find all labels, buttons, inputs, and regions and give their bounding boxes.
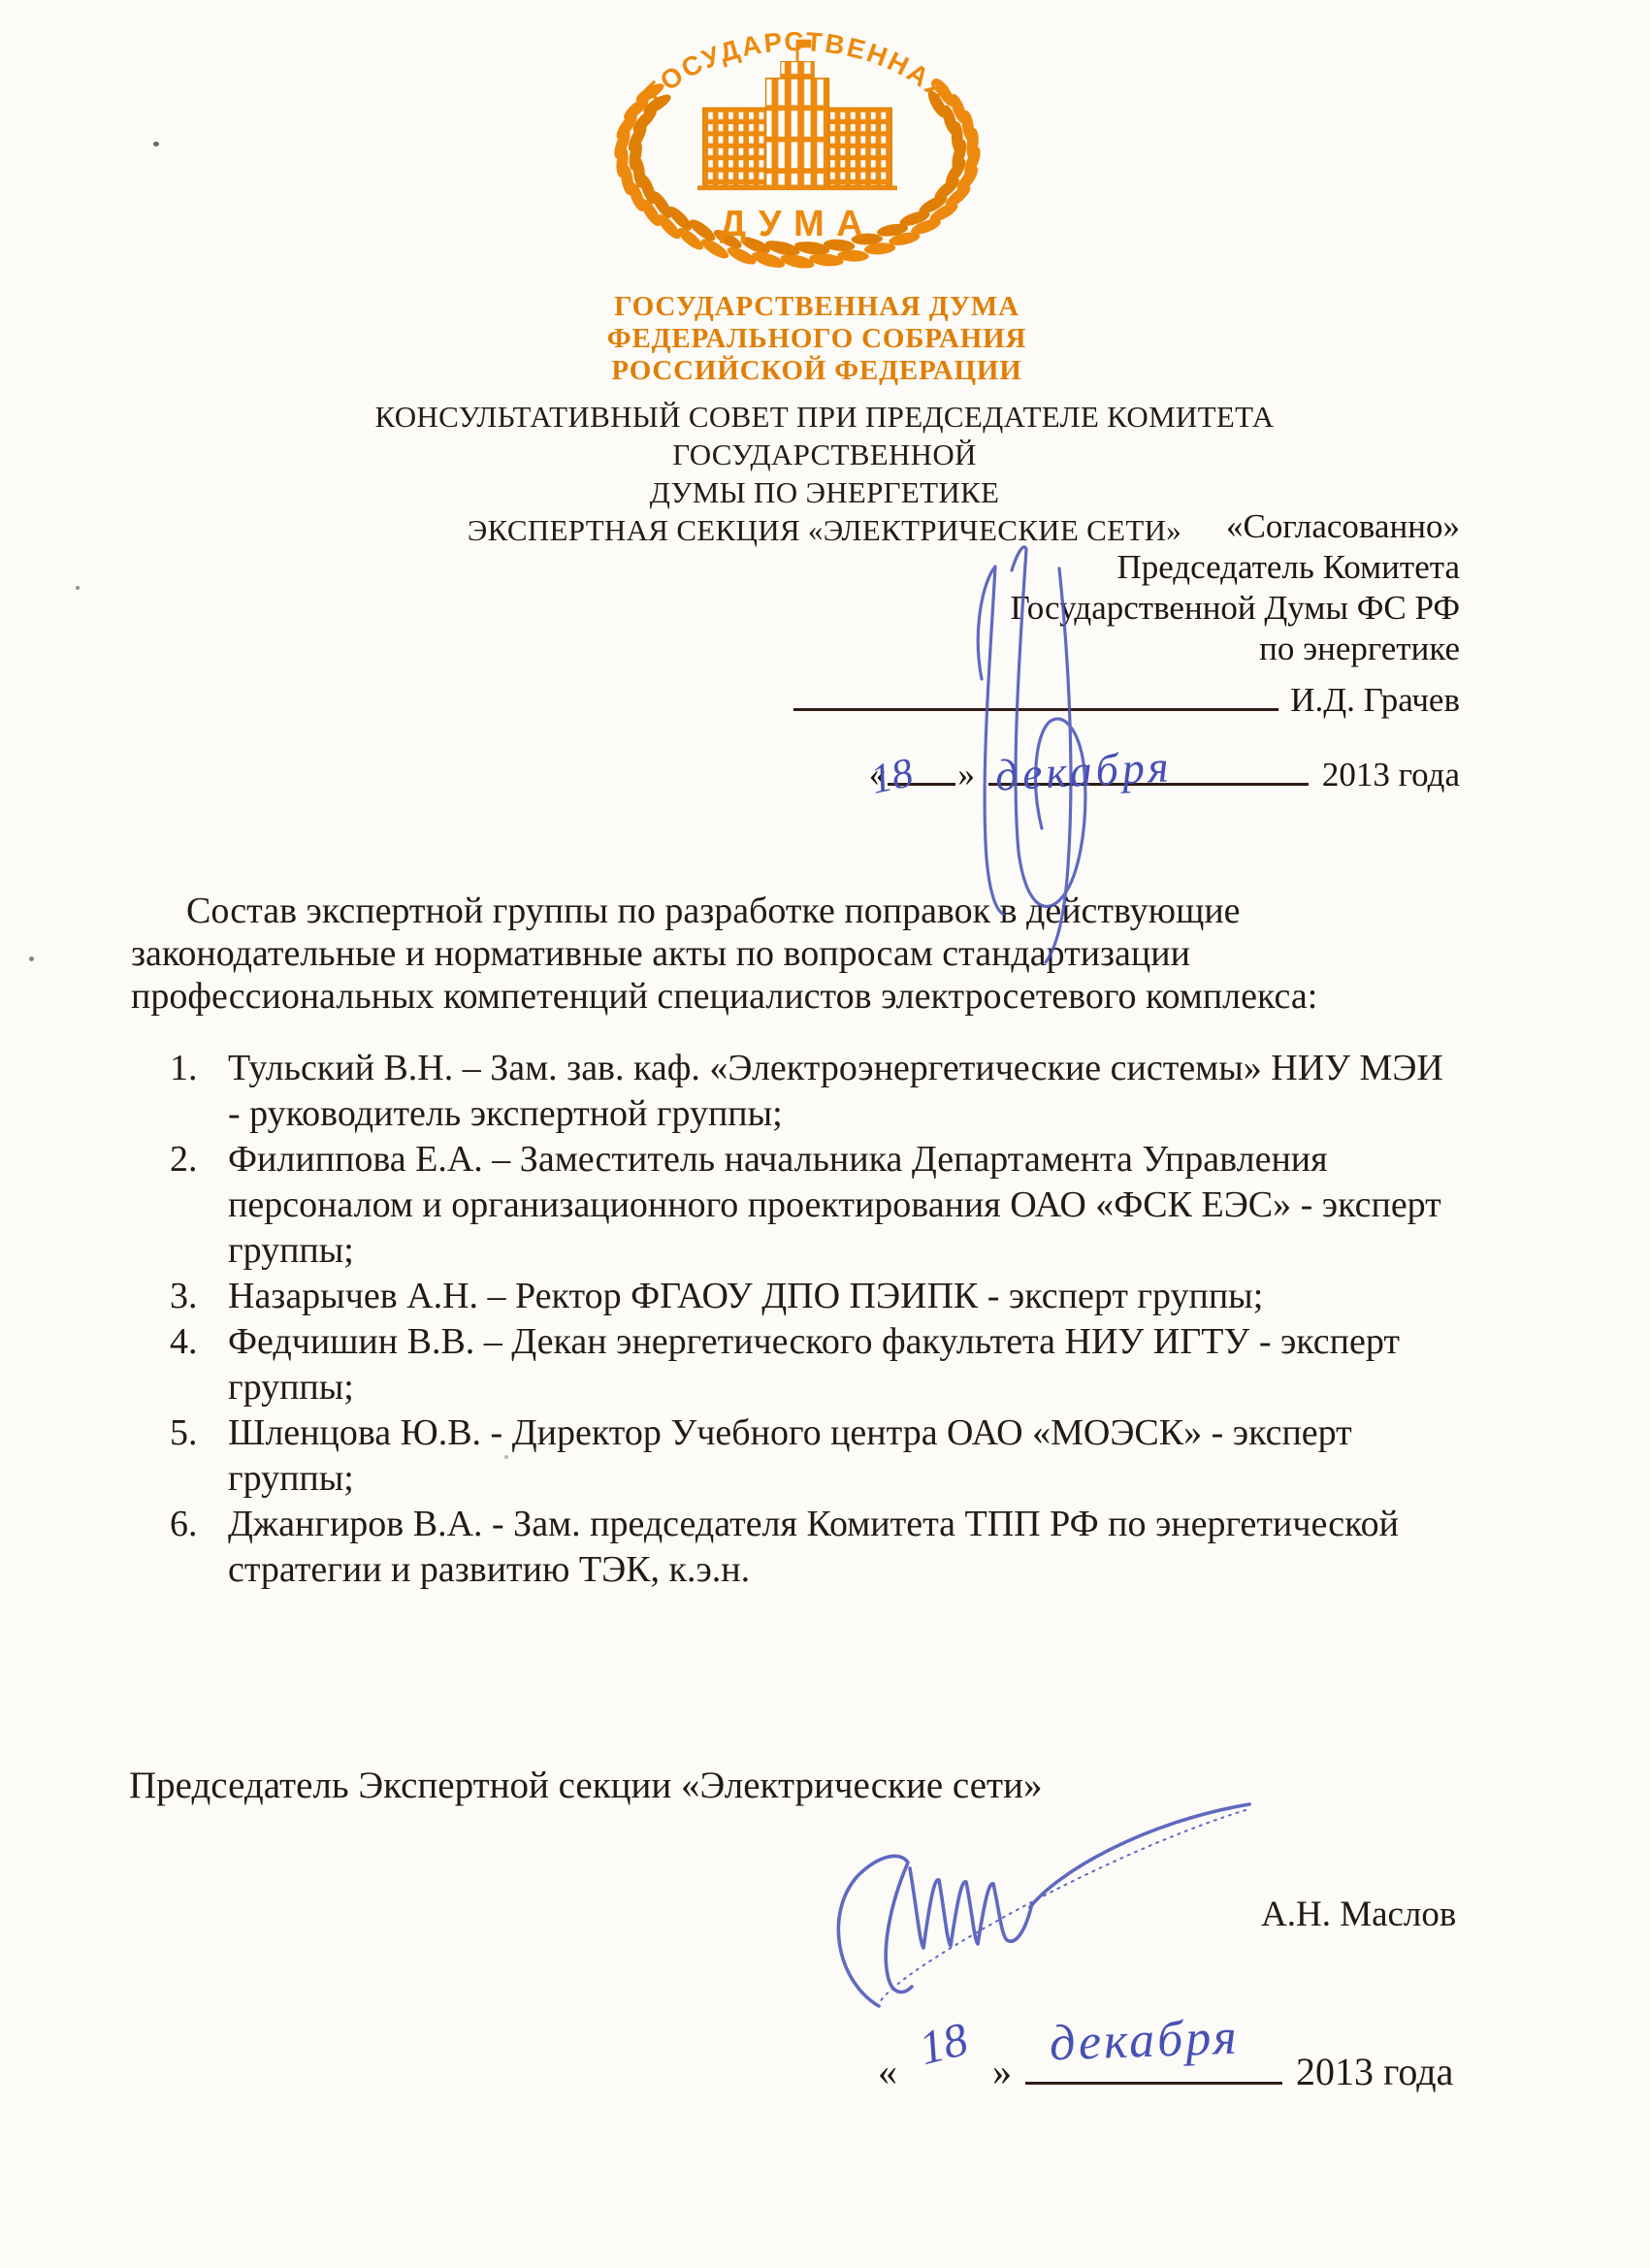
list-item: 6. Джангиров В.А. - Зам. председателя Ко… (131, 1502, 1443, 1593)
guillemet-close: » (957, 756, 975, 794)
list-item: 1. Тульский В.Н. – Зам. зав. каф. «Элект… (131, 1046, 1443, 1137)
item-number: 1. (170, 1046, 198, 1091)
item-line: группы; (228, 1228, 1443, 1274)
footer-year-text: 2013 года (1296, 2050, 1453, 2093)
approval-signatory-name: И.Д. Грачев (1290, 681, 1460, 719)
signature-line (793, 673, 1278, 711)
paragraph-line: Состав экспертной группы по разработке п… (131, 890, 1317, 932)
item-number: 6. (170, 1502, 198, 1547)
item-line: Федчишин В.В. – Декан энергетического фа… (228, 1319, 1443, 1365)
scan-speck (153, 142, 159, 146)
item-number: 4. (170, 1319, 198, 1365)
caption-line: ФЕДЕРАЛЬНОГО СОБРАНИЯ (526, 323, 1108, 355)
scanned-document-page: ГОСУДАРСТВЕННАЯ ДУМА ГОСУДАРСТВЕННАЯ ДУМ… (0, 0, 1650, 2268)
paragraph-line: законодательные и нормативные акты по во… (131, 932, 1317, 975)
scan-speck (504, 1455, 508, 1459)
header-line: КОНСУЛЬТАТИВНЫЙ СОВЕТ ПРИ ПРЕДСЕДАТЕЛЕ К… (243, 398, 1407, 473)
duma-building (697, 40, 897, 190)
item-line: персоналом и организационного проектиров… (228, 1183, 1443, 1228)
caption-line: ГОСУДАРСТВЕННАЯ ДУМА (526, 291, 1108, 323)
item-line: Тульский В.Н. – Зам. зав. каф. «Электроэ… (228, 1046, 1443, 1091)
scan-speck (29, 956, 34, 961)
list-item: 3. Назарычев А.Н. – Ректор ФГАОУ ДПО ПЭИ… (131, 1274, 1443, 1319)
item-number: 5. (170, 1410, 198, 1456)
list-item: 4. Федчишин В.В. – Декан энергетического… (131, 1319, 1443, 1410)
month-blank-line (1025, 2045, 1282, 2085)
item-line: Джангиров В.А. - Зам. председателя Комит… (228, 1502, 1443, 1547)
month-blank-line (988, 748, 1309, 786)
item-line: Назарычев А.Н. – Ректор ФГАОУ ДПО ПЭИПК … (228, 1274, 1443, 1319)
caption-line: РОССИЙСКОЙ ФЕДЕРАЦИИ (526, 355, 1108, 387)
approval-line: Председатель Комитета (679, 547, 1460, 588)
paragraph-line: профессиональных компетенций специалисто… (131, 975, 1317, 1018)
item-line: Филиппова Е.А. – Заместитель начальника … (228, 1137, 1443, 1183)
approval-year-text: 2013 года (1322, 756, 1460, 794)
expert-list: 1. Тульский В.Н. – Зам. зав. каф. «Элект… (131, 1046, 1443, 1593)
approval-line: «Согласованно» (679, 506, 1460, 547)
guillemet-open: « (869, 756, 887, 794)
item-line: Шленцова Ю.В. - Директор Учебного центра… (228, 1410, 1443, 1456)
approval-date-row: «»2013 года (679, 748, 1460, 797)
list-item: 2. Филиппова Е.А. – Заместитель начальни… (131, 1137, 1443, 1274)
scan-speck (76, 586, 80, 590)
item-number: 3. (170, 1274, 198, 1319)
laurel-wreath (611, 77, 984, 271)
duma-emblem: ГОСУДАРСТВЕННАЯ ДУМА (586, 14, 1009, 291)
footer-date-row: «»2013 года (878, 2045, 1453, 2095)
intro-paragraph: Состав экспертной группы по разработке п… (131, 890, 1317, 1018)
footer-signatory-name: А.Н. Маслов (1261, 1894, 1456, 1935)
list-item: 5. Шленцова Ю.В. - Директор Учебного цен… (131, 1410, 1443, 1502)
footer-title: Председатель Экспертной секции «Электрич… (129, 1764, 1042, 1807)
day-blank-space (901, 2048, 988, 2085)
duma-caption: ГОСУДАРСТВЕННАЯ ДУМА ФЕДЕРАЛЬНОГО СОБРАН… (526, 291, 1108, 387)
day-blank-line (888, 748, 955, 786)
emblem-duma-text: ДУМА (720, 203, 875, 244)
approval-block: «Согласованно» Председатель Комитета Гос… (679, 506, 1460, 797)
item-line: стратегии и развитию ТЭК, к.э.н. (228, 1547, 1443, 1593)
item-line: - руководитель экспертной группы; (228, 1091, 1443, 1137)
guillemet-close: » (992, 2050, 1012, 2093)
approval-signature-row: И.Д. Грачев (679, 673, 1460, 723)
item-line: группы; (228, 1365, 1443, 1410)
maslov-signature (838, 1804, 1249, 2006)
approval-line: по энергетике (679, 629, 1460, 669)
guillemet-open: « (878, 2050, 897, 2093)
item-number: 2. (170, 1137, 198, 1183)
item-line: группы; (228, 1456, 1443, 1502)
approval-line: Государственной Думы ФС РФ (679, 588, 1460, 629)
emblem-arc-text: ГОСУДАРСТВЕННАЯ (639, 26, 955, 108)
